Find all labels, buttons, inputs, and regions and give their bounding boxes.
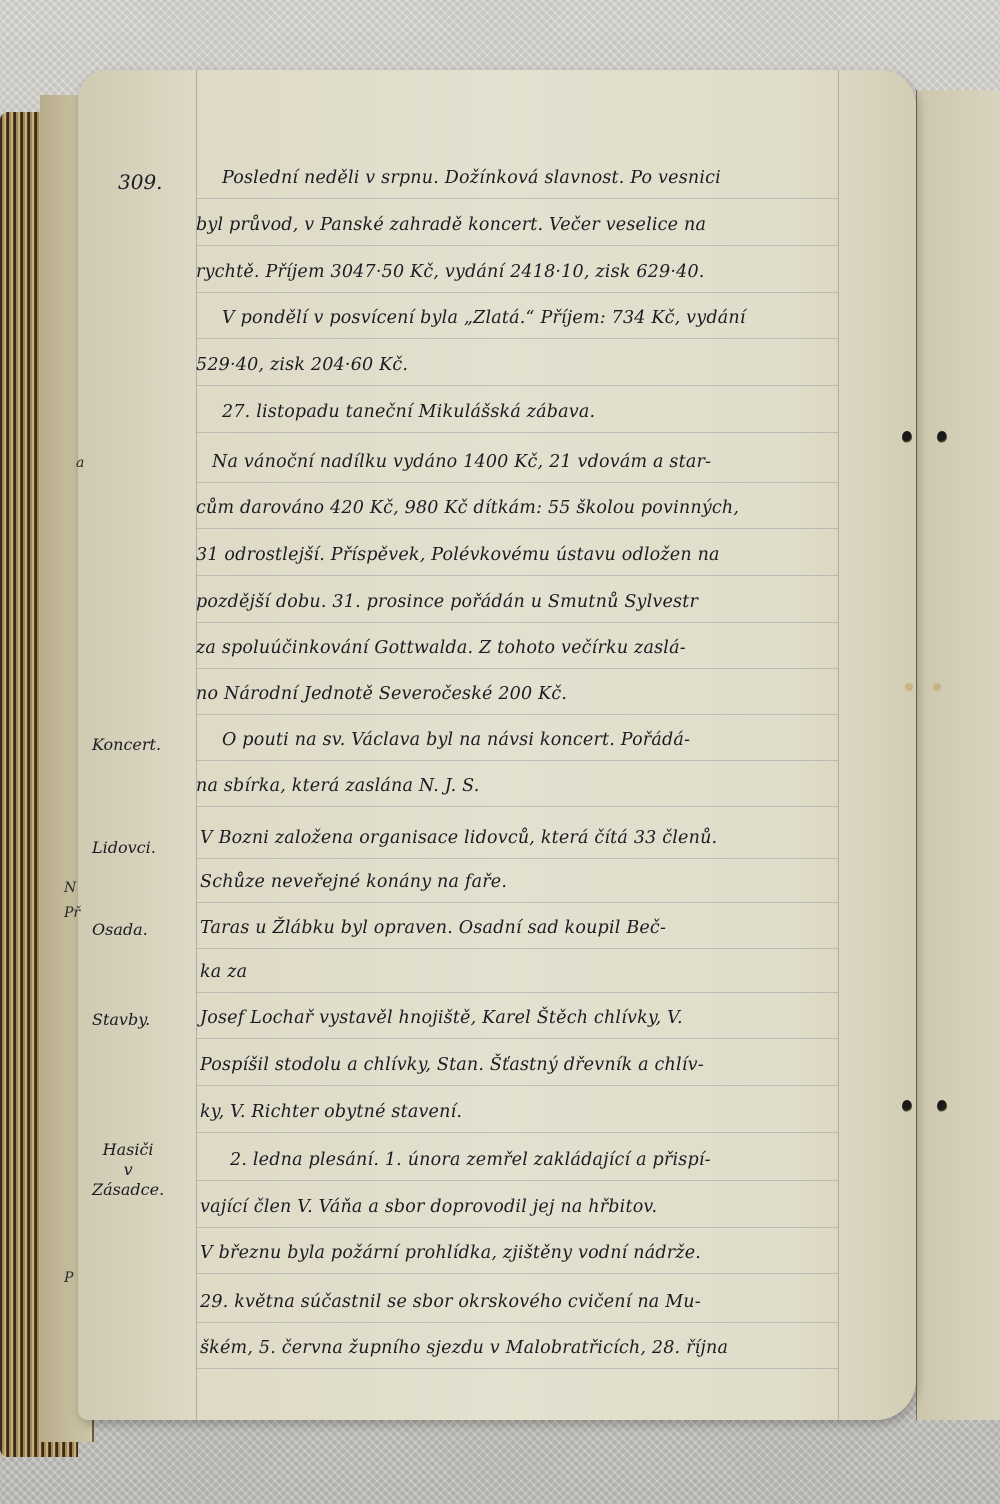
text-line: ka za [200,962,247,982]
text-line: 29. května súčastnil se sbor okrskového … [200,1292,701,1312]
text-line: 2. ledna plesání. 1. února zemřel zaklád… [230,1150,711,1170]
ruled-line [196,385,838,386]
text-line: Taras u Žlábku byl opraven. Osadní sad k… [200,918,666,938]
ruled-line [196,432,838,433]
facing-page-edge [916,90,1000,1420]
ruled-line [196,1227,838,1228]
ruled-line [196,1038,838,1039]
ruled-line [196,714,838,715]
ruled-line [196,858,838,859]
text-line: za spoluúčinkování Gottwalda. Z tohoto v… [196,638,686,658]
stray-mark: P [64,1270,73,1286]
binding-hole [902,431,912,443]
ruled-line [196,198,838,199]
text-line: Schůze neveřejné konány na faře. [200,872,507,892]
margin-label: Osada. [92,920,148,940]
text-line: ky, V. Richter obytné stavení. [200,1102,462,1122]
ruled-line [196,948,838,949]
binding-hole [937,1100,947,1112]
text-line: no Národní Jednotě Severočeské 200 Kč. [196,684,567,704]
ruled-line [196,902,838,903]
ruled-line [196,1273,838,1274]
text-line: cům darováno 420 Kč, 980 Kč dítkám: 55 š… [196,498,739,518]
margin-label: Stavby. [92,1010,150,1030]
entry-number: 309. [118,170,163,194]
ruled-line [196,575,838,576]
text-line: 529·40, zisk 204·60 Kč. [196,355,408,375]
ruled-line [196,482,838,483]
margin-label: Hasiči v Zásadce. [92,1140,164,1200]
text-line: Josef Lochař vystavěl hnojiště, Karel Št… [200,1008,683,1028]
text-line: Pospíšil stodolu a chlívky, Stan. Šťastn… [200,1055,704,1075]
text-line: Poslední neděli v srpnu. Dožínková slavn… [222,168,721,188]
ruled-line [196,760,838,761]
ruled-line [196,622,838,623]
margin-label: Lidovci. [92,838,156,858]
stray-mark: N [64,880,76,896]
ruled-line [196,1180,838,1181]
ruled-line [196,1132,838,1133]
ruled-line [196,668,838,669]
ruled-line [196,1085,838,1086]
paper-stain [905,683,913,691]
right-margin-rule [838,70,839,1420]
text-line: O pouti na sv. Václava byl na návsi konc… [222,730,690,750]
ruled-line [196,1368,838,1369]
binding-hole [937,431,947,443]
text-line: na sbírka, která zaslána N. J. S. [196,776,480,796]
text-line: V pondělí v posvícení byla „Zlatá.“ Příj… [222,308,746,328]
stray-mark: a [76,455,84,471]
text-line: 27. listopadu taneční Mikulášská zábava. [222,402,595,422]
stray-mark: Př [64,905,80,921]
ruled-line [196,528,838,529]
ruled-line [196,338,838,339]
text-line: V Bozni založena organisace lidovců, kte… [200,828,717,848]
margin-label: Koncert. [92,735,161,755]
text-line: Na vánoční nadílku vydáno 1400 Kč, 21 vd… [212,452,711,472]
text-line: škém, 5. června župního sjezdu v Malobra… [200,1338,728,1358]
text-line: byl průvod, v Panské zahradě koncert. Ve… [196,215,706,235]
ruled-line [196,292,838,293]
binding-hole [902,1100,912,1112]
ruled-line [196,1322,838,1323]
text-line: rychtě. Příjem 3047·50 Kč, vydání 2418·1… [196,262,705,282]
ruled-line [196,806,838,807]
text-line: V březnu byla požární prohlídka, zjištěn… [200,1243,701,1263]
text-line: 31 odrostlejší. Příspěvek, Polévkovému ú… [196,545,720,565]
text-line: vající člen V. Váňa a sbor doprovodil je… [200,1197,657,1217]
paper-stain [933,683,941,691]
ruled-line [196,992,838,993]
ruled-line [196,245,838,246]
text-line: pozdější dobu. 31. prosince pořádán u Sm… [196,592,698,612]
